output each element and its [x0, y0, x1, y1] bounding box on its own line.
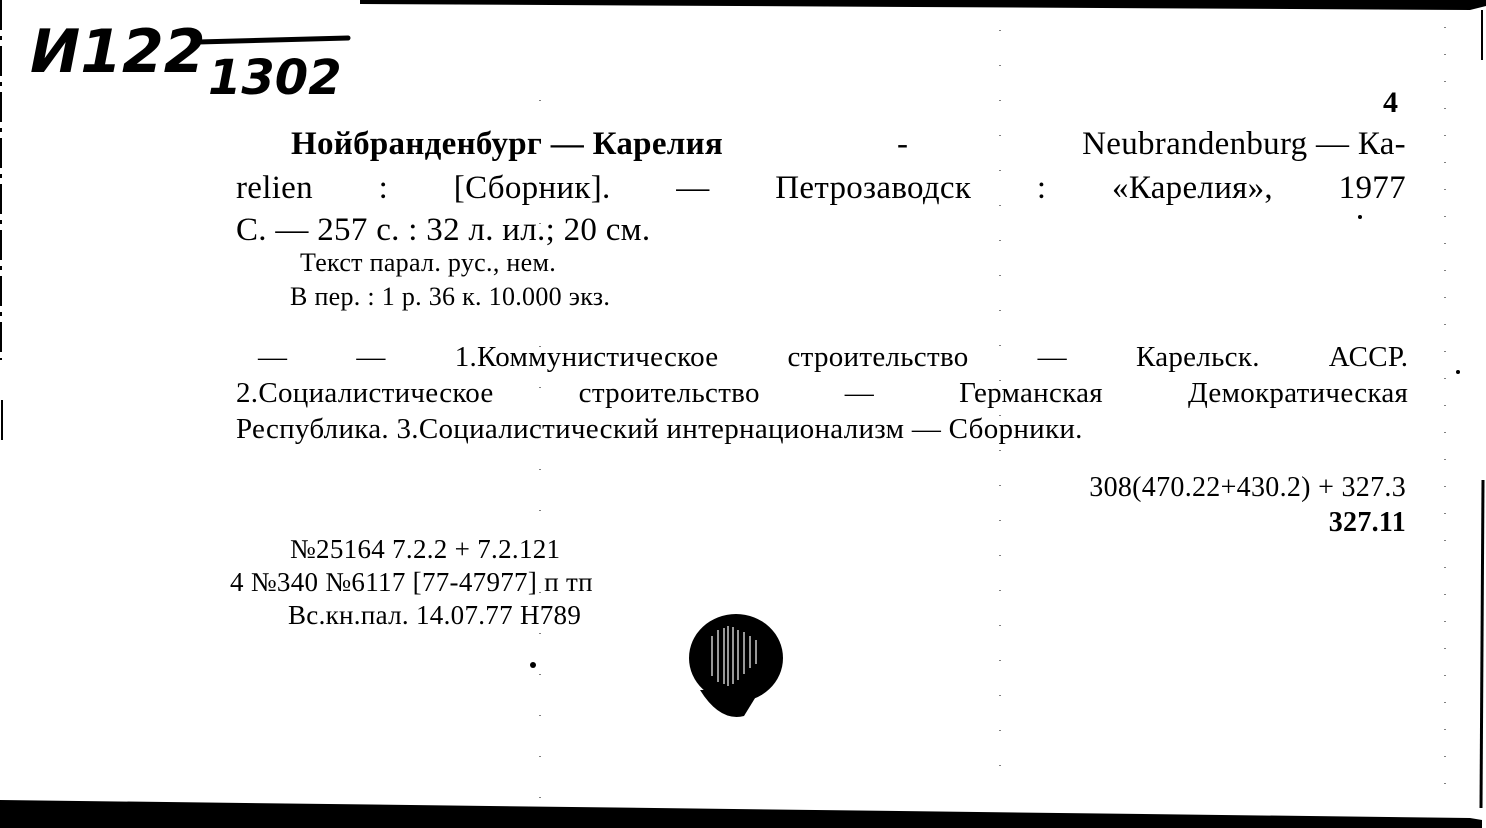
language-note: Текст парал. рус., нем.: [300, 246, 556, 280]
subject-text-2: 2.Социалистическое строительство — Герма…: [236, 375, 1408, 411]
subject-line-3: Республика. 3.Социалистический интернаци…: [236, 411, 1083, 447]
title-german: Neubrandenburg — Ка-: [1082, 122, 1406, 166]
registry-line-3: Вс.кн.пал. 14.07.77 Н789: [288, 598, 581, 632]
catalog-card: И122 1302 4 Нойбранденбург — Карелия - N…: [0, 0, 1486, 828]
price-note: В пер. : 1 р. 36 к. 10.000 экз.: [290, 280, 610, 314]
title-russian: Нойбранденбург — Карелия: [291, 122, 723, 166]
subject-line-2: 2.Социалистическое строительство — Герма…: [236, 375, 1408, 411]
classification-primary: 308(470.22+430.2) + 327.3: [1089, 471, 1406, 505]
subject-text-1: — — 1.Коммунистическое строительство — К…: [258, 339, 1408, 375]
handwritten-call-number: И122 1302: [30, 10, 370, 100]
svg-text:И122: И122: [30, 17, 205, 87]
registry-line-2: 4 №340 №6117 [77-47977] п тп: [230, 565, 593, 599]
classification-secondary: 327.11: [1329, 506, 1406, 540]
imprint-line: relien : [Сборник]. — Петрозаводск : «Ка…: [236, 166, 1406, 210]
title-separator: -: [897, 122, 908, 166]
title-line: Нойбранденбург — Карелия - Neubrandenbur…: [291, 122, 1406, 166]
svg-text:1302: 1302: [208, 50, 342, 100]
registry-line-1: №25164 7.2.2 + 7.2.121: [290, 532, 560, 566]
imprint-text: relien : [Сборник]. — Петрозаводск : «Ка…: [236, 166, 1406, 210]
punch-hole-icon: [689, 614, 783, 717]
subject-line-1: — — 1.Коммунистическое строительство — К…: [258, 339, 1408, 375]
card-number: 4: [1383, 86, 1398, 120]
